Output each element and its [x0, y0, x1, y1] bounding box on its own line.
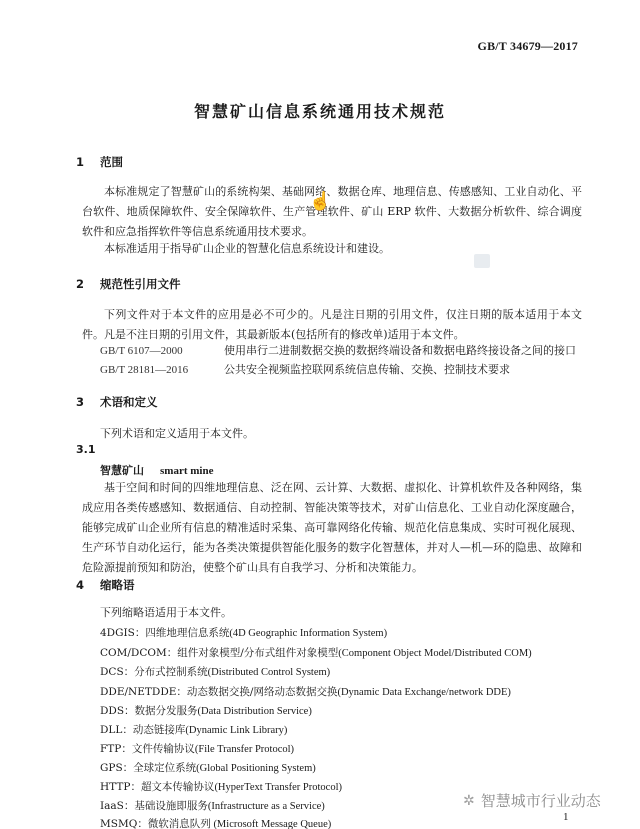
references-intro: 下列文件对于本文件的应用是必不可少的。凡是注日期的引用文件，仅注日期的版本适用于… — [82, 305, 582, 345]
abbr-zh: 微软消息队列 — [148, 818, 211, 829]
scope-paragraph: 本标准规定了智慧矿山的系统构架、基础网络、数据仓库、地理信息、传感感知、工业自动… — [82, 182, 582, 242]
section-title: 范围 — [100, 155, 123, 169]
term-en: smart mine — [160, 465, 213, 477]
abbr-sep: ： — [124, 666, 135, 678]
abbr-en: (File Transfer Protocol) — [195, 744, 294, 755]
abbr-code: GPS — [100, 762, 123, 774]
page-number: 1 — [563, 811, 569, 823]
term-heading: 智慧矿山smart mine — [100, 462, 213, 478]
abbr-en: (Dynamic Link Library) — [185, 725, 287, 736]
term-zh: 智慧矿山 — [100, 464, 144, 477]
abbr-code: FTP — [100, 743, 121, 755]
section-2-heading: 2 规范性引用文件 — [76, 276, 181, 292]
section-number: 1 — [76, 155, 96, 169]
reference-code: GB/T 28181—2016 — [100, 364, 224, 376]
watermark: ✲ 智慧城市行业动态 — [463, 790, 601, 811]
section-number: 4 — [76, 578, 96, 592]
section-3-heading: 3 术语和定义 — [76, 394, 158, 410]
reference-code: GB/T 6107—2000 — [100, 345, 224, 357]
abbr-sep: ： — [130, 781, 141, 793]
abbr-sep: ： — [135, 627, 146, 639]
abbreviation-item: 4DGIS：四维地理信息系统(4D Geographic Information… — [100, 625, 387, 640]
abbr-en: (Distributed Control System) — [208, 667, 331, 678]
abbr-code: DLL — [100, 724, 122, 736]
term-definition: 基于空间和时间的四维地理信息、泛在网、云计算、大数据、虚拟化、计算机软件及各种网… — [82, 478, 582, 578]
terms-intro: 下列术语和定义适用于本文件。 — [100, 425, 254, 441]
reference-item: GB/T 28181—2016公共安全视频监控联网系统信息传输、交换、控制技术要… — [100, 361, 510, 377]
wechat-icon: ✲ — [463, 793, 475, 809]
abbr-code: DDE/NETDDE — [100, 686, 176, 698]
abbr-sep: ： — [124, 800, 135, 812]
abbr-sep: ： — [123, 762, 134, 774]
scope-applicability: 本标准适用于指导矿山企业的智慧化信息系统设计和建设。 — [82, 239, 582, 259]
abbr-sep: ： — [121, 743, 132, 755]
abbr-en: (Dynamic Data Exchange/network DDE) — [337, 687, 510, 698]
abbr-en: (Microsoft Message Queue) — [211, 819, 331, 829]
abbreviation-item: FTP：文件传输协议(File Transfer Protocol) — [100, 741, 294, 756]
abbreviation-item: DLL：动态链接库(Dynamic Link Library) — [100, 722, 287, 737]
section-title: 规范性引用文件 — [100, 277, 181, 291]
abbr-code: MSMQ — [100, 818, 137, 829]
abbreviation-item: GPS：全球定位系统(Global Positioning System) — [100, 760, 316, 775]
abbr-zh: 动态链接库 — [133, 724, 186, 736]
abbr-en: (Data Distribution Service) — [198, 706, 312, 717]
abbr-zh: 全球定位系统 — [133, 762, 196, 774]
abbr-code: COM/DCOM — [100, 647, 167, 659]
abbr-code: HTTP — [100, 781, 130, 793]
abbr-sep: ： — [167, 647, 178, 659]
abbr-sep: ： — [124, 705, 135, 717]
abbr-code: IaaS — [100, 800, 124, 812]
standard-number: GB/T 34679—2017 — [478, 39, 578, 54]
scan-artifact — [474, 254, 490, 268]
hand-cursor-icon: ☝ — [309, 191, 331, 212]
section-number: 3 — [76, 395, 96, 409]
abbr-zh: 四维地理信息系统 — [145, 627, 229, 639]
abbr-zh: 文件传输协议 — [132, 743, 195, 755]
reference-item: GB/T 6107—2000使用串行二进制数据交换的数据终端设备和数据电路终接设… — [100, 342, 576, 358]
abbr-zh: 基础设施即服务 — [134, 800, 208, 812]
abbr-sep: ： — [137, 818, 148, 829]
abbreviation-item: COM/DCOM：组件对象模型/分布式组件对象模型(Component Obje… — [100, 645, 532, 660]
section-number: 2 — [76, 277, 96, 291]
reference-title: 公共安全视频监控联网系统信息传输、交换、控制技术要求 — [224, 363, 510, 376]
abbr-zh: 动态数据交换/网络动态数据交换 — [187, 686, 338, 698]
abbr-code: DDS — [100, 705, 124, 717]
abbreviations-intro: 下列缩略语适用于本文件。 — [100, 604, 232, 620]
abbr-en: (Component Object Model/Distributed COM) — [338, 648, 531, 659]
abbr-sep: ： — [122, 724, 133, 736]
watermark-text: 智慧城市行业动态 — [481, 790, 601, 811]
term-number: 3.1 — [76, 443, 96, 456]
abbr-en: (HyperText Transfer Protocol) — [214, 782, 342, 793]
abbr-zh: 超文本传输协议 — [141, 781, 215, 793]
abbr-zh: 组件对象模型/分布式组件对象模型 — [177, 647, 338, 659]
abbreviation-item: DDE/NETDDE：动态数据交换/网络动态数据交换(Dynamic Data … — [100, 684, 511, 699]
abbreviation-item: IaaS：基础设施即服务(Infrastructure as a Service… — [100, 798, 325, 813]
abbr-zh: 分布式控制系统 — [134, 666, 208, 678]
abbreviation-item: DDS：数据分发服务(Data Distribution Service) — [100, 703, 312, 718]
abbr-zh: 数据分发服务 — [135, 705, 198, 717]
abbr-code: 4DGIS — [100, 627, 135, 639]
abbr-en: (Infrastructure as a Service) — [208, 801, 325, 812]
section-title: 术语和定义 — [100, 395, 158, 409]
abbr-en: (Global Positioning System) — [196, 763, 316, 774]
abbr-code: DCS — [100, 666, 124, 678]
document-title: 智慧矿山信息系统通用技术规范 — [0, 99, 640, 122]
section-title: 缩略语 — [100, 578, 135, 592]
section-1-heading: 1 范围 — [76, 154, 123, 170]
abbreviation-item: DCS：分布式控制系统(Distributed Control System) — [100, 664, 330, 679]
abbreviation-item: MSMQ：微软消息队列 (Microsoft Message Queue) — [100, 816, 331, 829]
section-4-heading: 4 缩略语 — [76, 577, 135, 593]
abbreviation-item: HTTP：超文本传输协议(HyperText Transfer Protocol… — [100, 779, 342, 794]
reference-title: 使用串行二进制数据交换的数据终端设备和数据电路终接设备之间的接口 — [224, 344, 576, 357]
abbr-en: (4D Geographic Information System) — [229, 628, 387, 639]
abbr-sep: ： — [176, 686, 187, 698]
